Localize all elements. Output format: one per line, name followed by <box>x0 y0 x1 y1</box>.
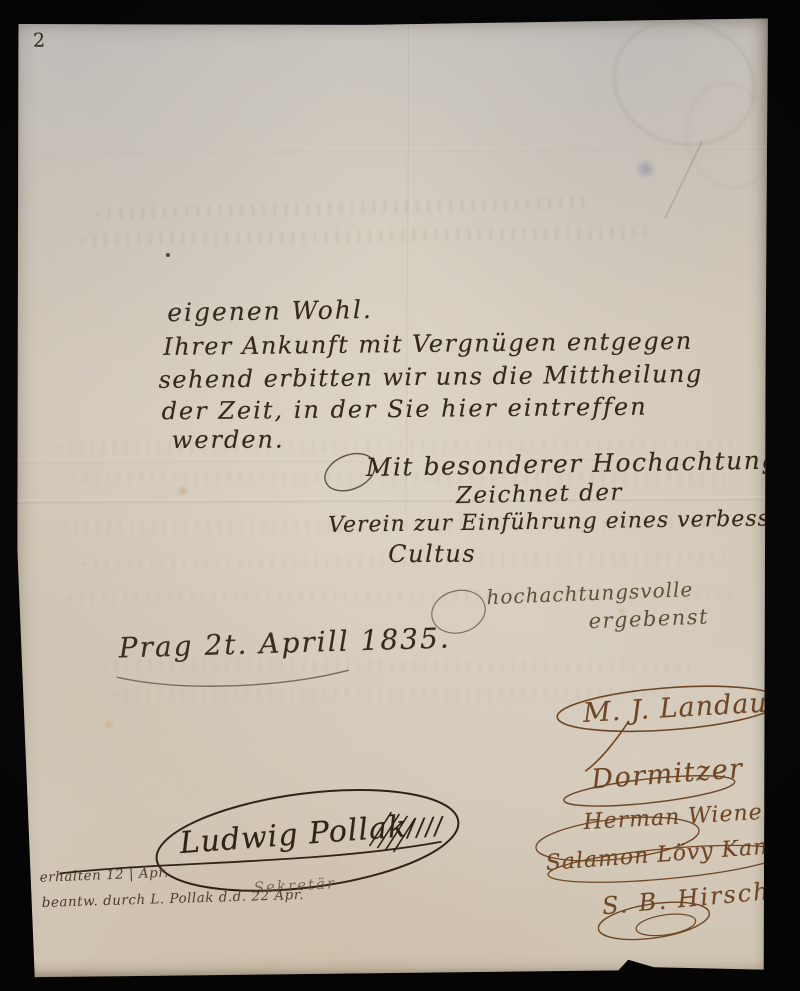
scratch-mark <box>664 141 703 219</box>
page-number: 2 <box>33 30 45 52</box>
signature-hirsch: S. B. Hirsch <box>601 877 772 920</box>
fold-crease-horizontal <box>16 496 773 503</box>
valediction-line: ergebenst <box>588 605 709 634</box>
foxing-spot <box>176 485 190 497</box>
letter-body-line: Ihrer Ankunft mit Vergnügen entgegen <box>163 327 693 361</box>
archival-note-answered: beantw. durch L. Pollak d.d. 22 Apr. <box>42 887 305 911</box>
letter-body-line: sehend erbitten wir uns die Mittheilung <box>158 360 703 394</box>
letter-body-line: eigenen Wohl. <box>167 295 373 327</box>
letter-closing-line: Verein zur Einführung eines verbesserten <box>328 505 800 538</box>
letter-closing-line: Zeichnet der <box>456 480 623 510</box>
letter-closing-line: Cultus <box>388 540 476 568</box>
dateline: Prag 2t. Aprill 1835. <box>118 621 451 664</box>
document-page: 2 eigenen Wohl. Ihrer Ankunft mit Vergnü… <box>14 18 775 979</box>
signature-levy: Salamon Lövy Kan <box>545 835 769 876</box>
fold-crease-vertical <box>405 20 411 512</box>
fold-crease-top-faint <box>14 146 771 153</box>
bleed-through-line <box>90 197 590 220</box>
signature-wiener: Herman Wiener <box>583 799 775 835</box>
letter-body-line: der Zeit, in der Sie hier eintreffen <box>161 393 647 426</box>
valediction-line: hochachtungsvolle <box>486 577 694 609</box>
ink-stain-blue <box>635 159 657 179</box>
scan-background: 2 eigenen Wohl. Ihrer Ankunft mit Vergnü… <box>0 0 800 991</box>
signature-dormitzer: Dormitzer <box>590 753 744 795</box>
archival-note-received: erhalten 12 | Apr. <box>39 865 168 886</box>
letter-body-line: werden. <box>172 425 285 453</box>
signature-pollak: Ludwig Pollak∕∕∕∕ <box>179 807 445 861</box>
signature-pollak-hatch: ∕∕∕∕ <box>406 812 444 843</box>
foxing-spot <box>103 719 115 730</box>
bleed-through-line <box>75 226 655 247</box>
ink-fleck <box>166 253 170 257</box>
signature-pollak-name: Ludwig Pollak <box>179 809 409 861</box>
